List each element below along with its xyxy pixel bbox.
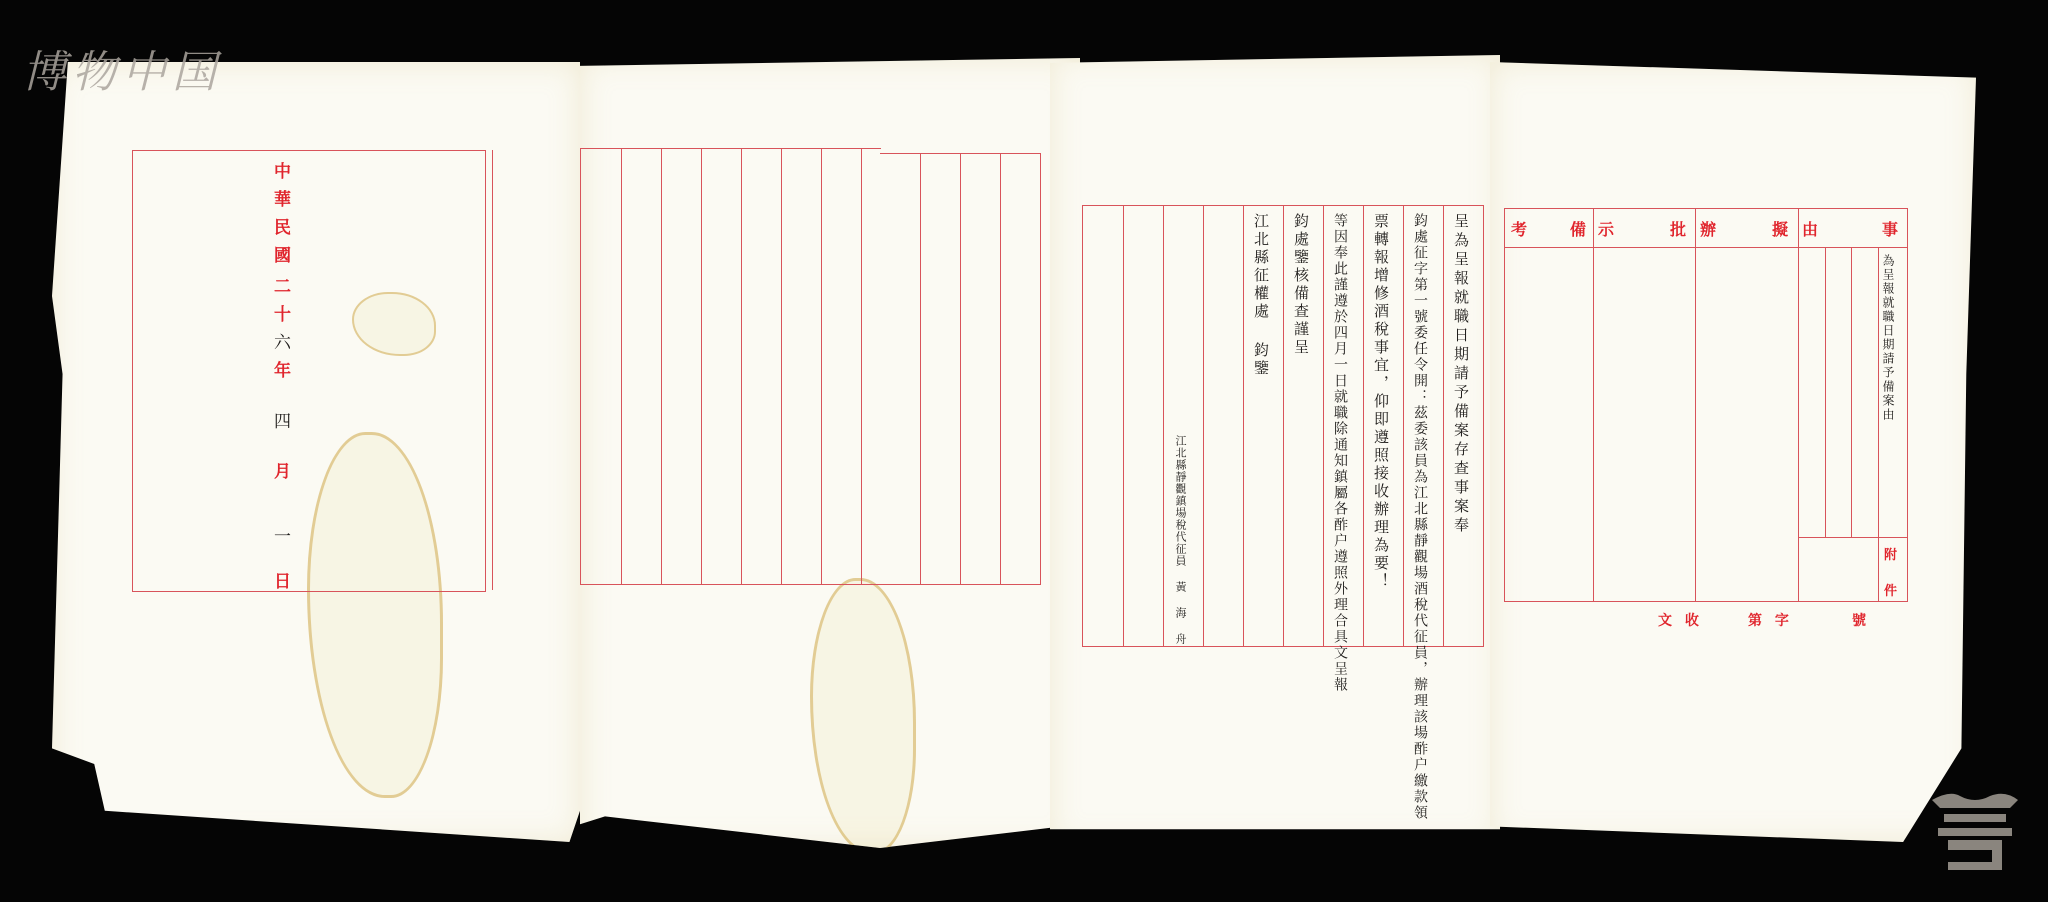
signature: 江北縣靜觀鎮場稅代征員 黃 海 舟 xyxy=(1175,435,1186,645)
year-char: 二 xyxy=(274,272,291,297)
sub-divider xyxy=(1825,247,1826,537)
rule-line xyxy=(1443,206,1444,646)
rule-line xyxy=(621,149,622,584)
month-value: 四 xyxy=(274,407,291,432)
attachment-divider xyxy=(1798,537,1907,538)
page-cover-form: 考 備 示 批 辦 擬 由 事 為呈報就職日期請予備案由 附 件 文 收 第 字… xyxy=(1490,62,1976,842)
rule-line xyxy=(1243,206,1244,646)
body-line: 鈞處鑒核備查謹呈 xyxy=(1293,213,1308,357)
header-beikao-right: 備 xyxy=(1570,217,1586,240)
body-line: 等因奉此謹遵於四月一日就職除通知鎮屬各酢户遵照外理合具文呈報 xyxy=(1333,213,1347,693)
rule-line xyxy=(781,149,782,584)
rule-line xyxy=(1203,206,1204,646)
day-value: 一 xyxy=(274,522,291,547)
date-frame xyxy=(132,150,486,592)
date-char: 民 xyxy=(274,213,291,238)
rule-line xyxy=(960,154,961,584)
rule-line xyxy=(861,149,862,584)
body-line: 江北縣征權處 鈞鑒 xyxy=(1253,213,1268,378)
header-pishi-right: 批 xyxy=(1670,217,1686,240)
header-beikao-left: 考 xyxy=(1511,217,1527,240)
header-pishi-left: 示 xyxy=(1598,217,1614,240)
header-shiyou-right: 事 xyxy=(1882,217,1898,240)
body-line: 呈為呈報就職日期請予備案存查事案奉 xyxy=(1453,213,1468,536)
lined-frame-left xyxy=(580,148,881,585)
rule-line xyxy=(1163,206,1164,646)
date-char: 國 xyxy=(274,241,291,266)
rule-line xyxy=(1323,206,1324,646)
rule-line xyxy=(920,154,921,584)
page-date-sheet: 中 華 民 國 二 十 六 年 四 月 一 日 xyxy=(52,62,580,842)
margin-line xyxy=(492,150,493,590)
body-line: 鈞處征字第一號委任令開：茲委該員為江北縣靜觀場酒稅代征員，辦理該場酢户繳款領 xyxy=(1413,213,1427,821)
header-divider xyxy=(1505,247,1907,248)
page-blank-sheet xyxy=(580,58,1080,848)
rule-line xyxy=(1363,206,1364,646)
date-char: 中 xyxy=(274,157,291,182)
footer-doc-label: 文 收 xyxy=(1658,610,1703,630)
rule-line xyxy=(741,149,742,584)
col-divider xyxy=(1798,209,1799,601)
header-niban-right: 擬 xyxy=(1772,217,1788,240)
header-niban-left: 辦 xyxy=(1700,217,1716,240)
page-body-sheet: 呈為呈報就職日期請予備案存查事案奉 鈞處征字第一號委任令開：茲委該員為江北縣靜觀… xyxy=(1050,55,1500,845)
museum-logo-icon xyxy=(1930,790,2020,875)
rule-line xyxy=(701,149,702,584)
year-char: 年 xyxy=(274,356,291,381)
footer-number-prefix: 第 字 xyxy=(1748,610,1793,630)
sub-divider xyxy=(1851,247,1852,537)
attachment-label-bottom: 件 xyxy=(1884,580,1897,599)
rule-line xyxy=(661,149,662,584)
year-char: 十 xyxy=(274,300,291,325)
body-line: 票轉報增修酒稅事宜，仰即遵照接收辦理為要！ xyxy=(1373,213,1388,591)
header-shiyou-left: 由 xyxy=(1802,217,1818,240)
rule-line xyxy=(1403,206,1404,646)
rule-line xyxy=(1000,154,1001,584)
rule-line xyxy=(1283,206,1284,646)
footer-number-suffix: 號 xyxy=(1852,610,1870,630)
date-char: 華 xyxy=(274,185,291,210)
lined-frame-right xyxy=(880,153,1041,585)
rule-line xyxy=(1123,206,1124,646)
watermark-text: 博物中国 xyxy=(22,36,222,100)
subject-text: 為呈報就職日期請予備案由 xyxy=(1882,254,1894,422)
month-label: 月 xyxy=(274,457,291,482)
year-char: 六 xyxy=(274,328,291,353)
day-label: 日 xyxy=(274,567,291,592)
col-divider xyxy=(1593,209,1594,601)
sub-divider xyxy=(1878,247,1879,601)
attachment-label-top: 附 xyxy=(1884,544,1897,563)
water-stain xyxy=(810,578,916,854)
rule-line xyxy=(821,149,822,584)
form-frame xyxy=(1504,208,1908,602)
col-divider xyxy=(1695,209,1696,601)
